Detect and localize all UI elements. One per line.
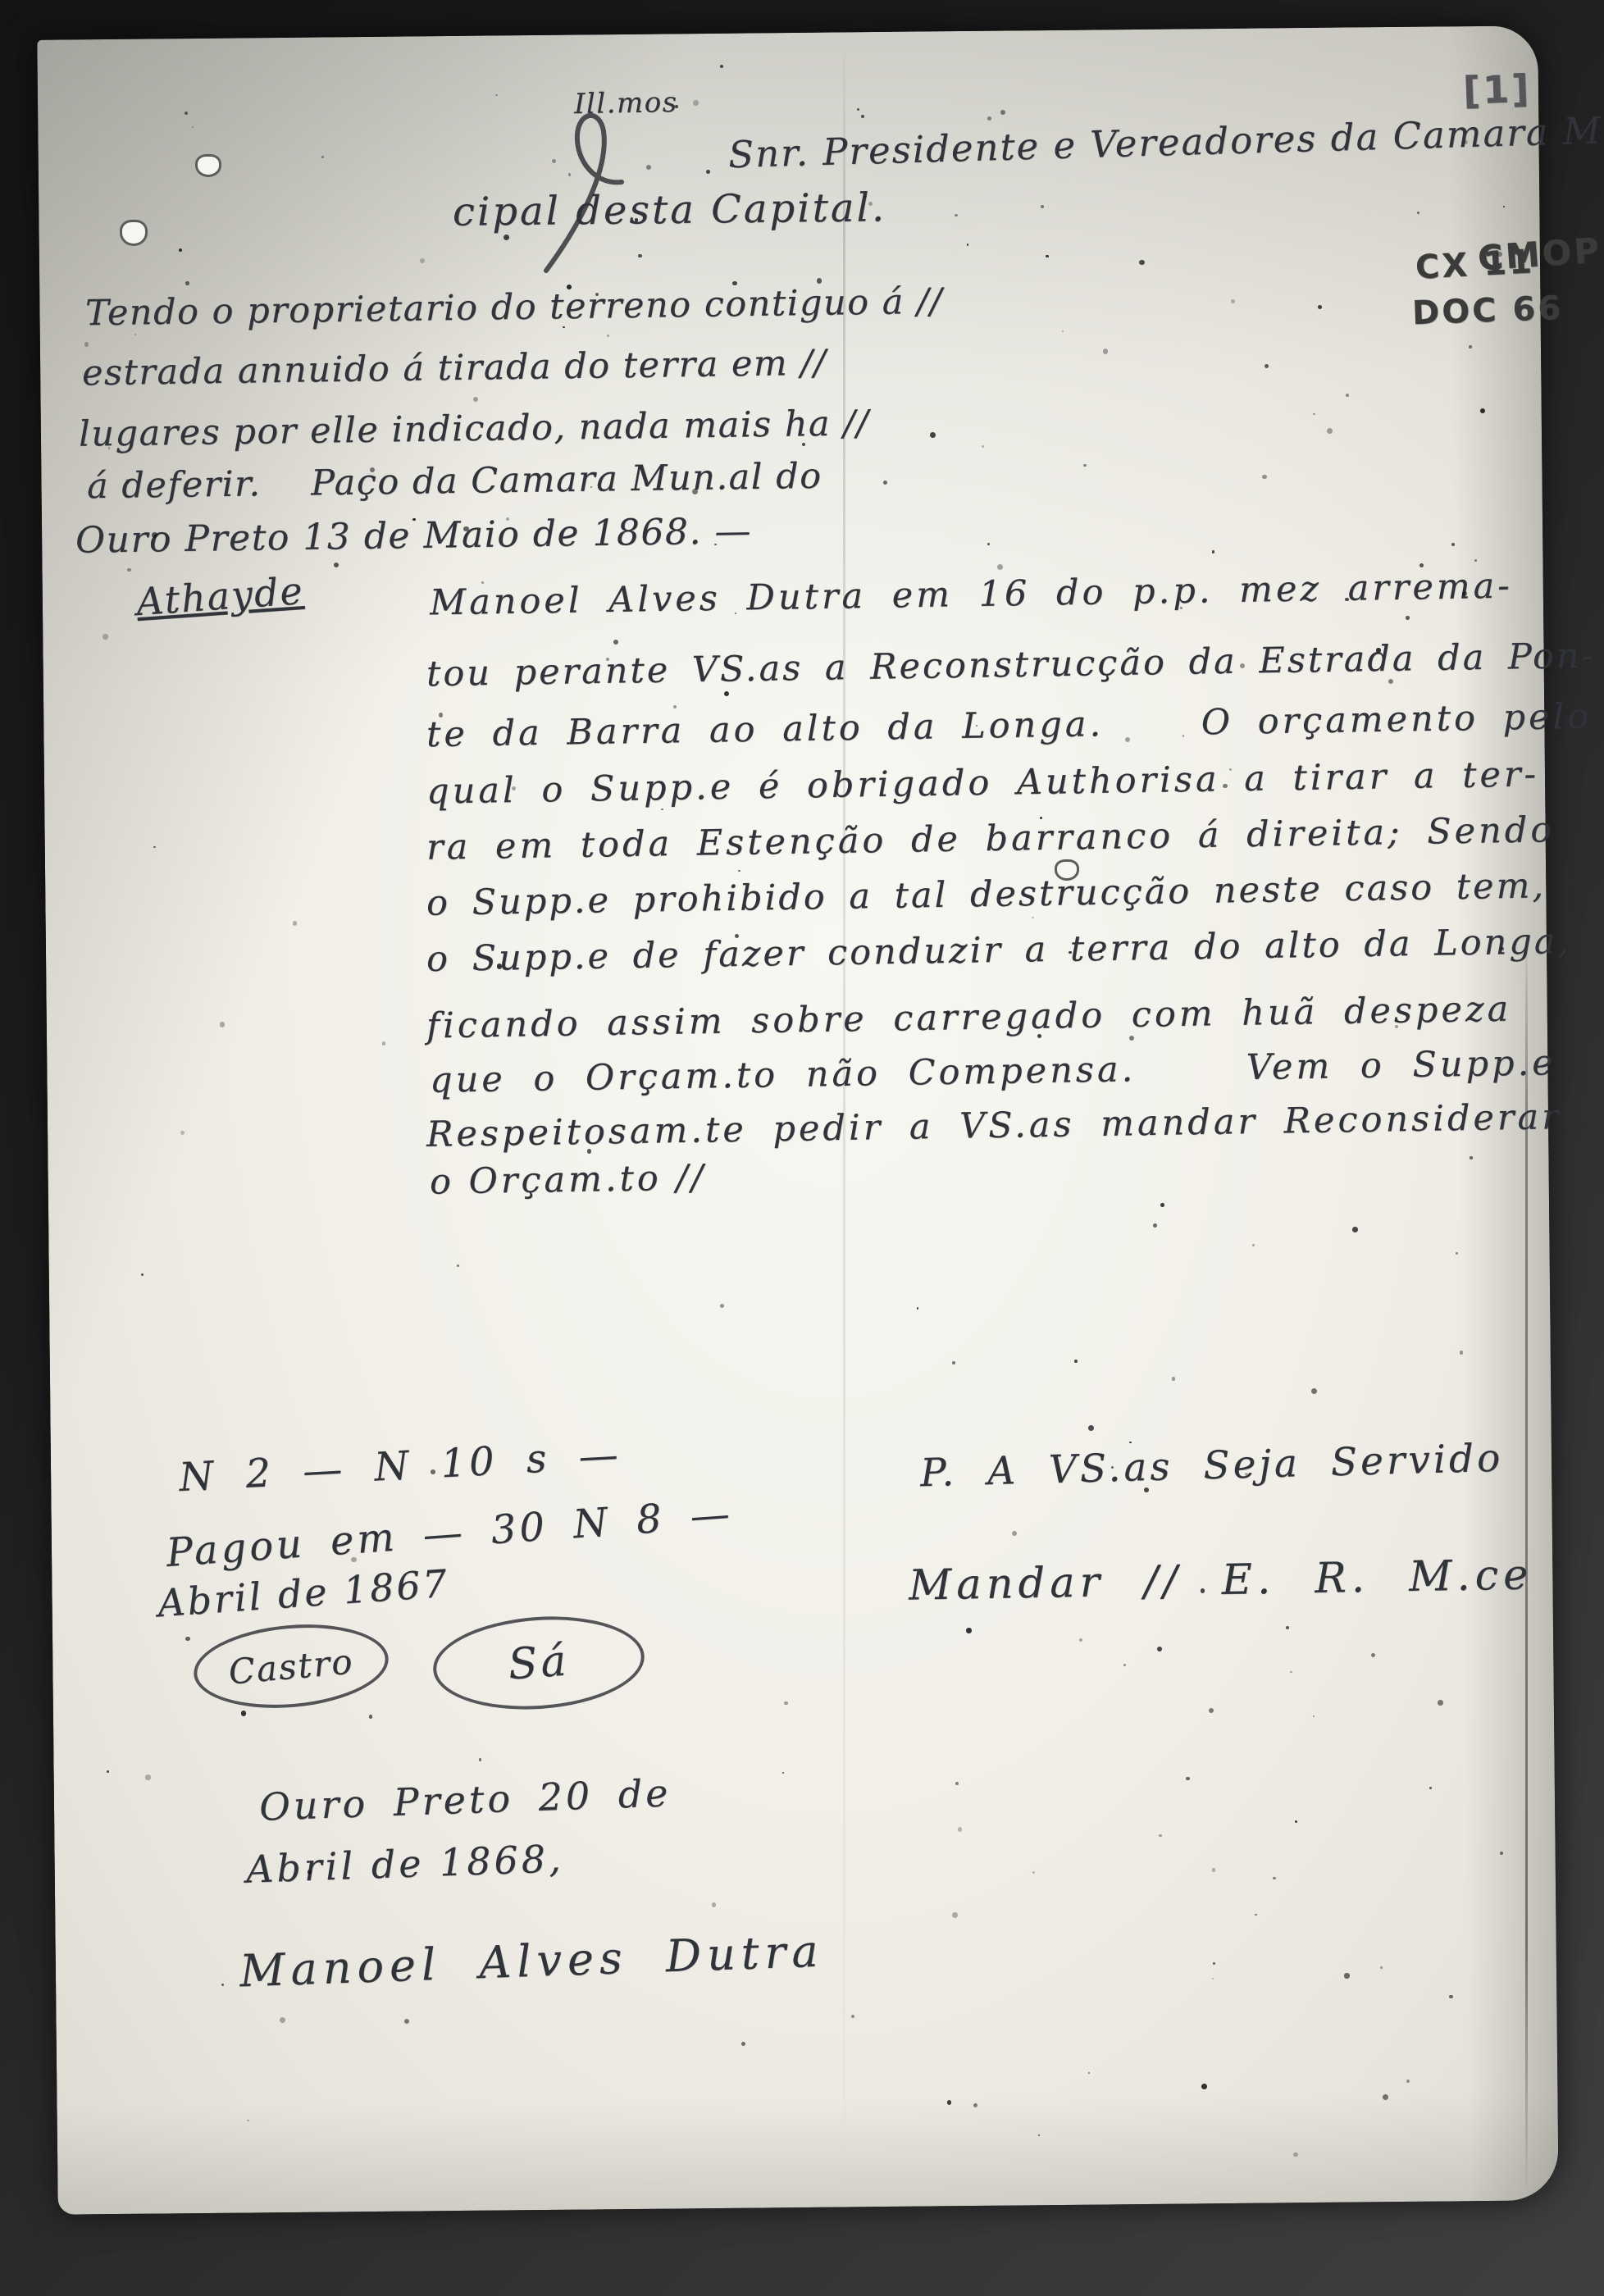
document-scan: [1] CMOP14 CX 11 DOC 66 Ill.mos Snr. Pre… xyxy=(0,0,1604,2296)
paper-scuff xyxy=(120,220,148,246)
ink-speckle xyxy=(1186,1777,1189,1780)
ink-speckle xyxy=(646,165,651,170)
ink-speckle xyxy=(1032,917,1033,918)
ink-speckle xyxy=(375,1533,377,1535)
ink-speckle xyxy=(1172,1377,1175,1380)
ink-speckle xyxy=(1012,1531,1017,1536)
ink-speckle xyxy=(1383,2094,1388,2100)
ink-speckle xyxy=(185,1637,189,1641)
ink-speckle xyxy=(1501,947,1504,950)
ink-speckle xyxy=(952,1912,957,1917)
ink-speckle xyxy=(1139,260,1145,266)
ink-speckle xyxy=(1160,1203,1164,1207)
ink-speckle xyxy=(817,278,822,283)
ink-speckle xyxy=(1345,598,1349,602)
ink-speckle xyxy=(720,65,723,68)
ink-speckle xyxy=(947,2100,952,2105)
ink-speckle xyxy=(1313,1715,1315,1717)
ink-speckle xyxy=(635,218,638,221)
ink-speckle xyxy=(1327,428,1333,434)
ink-speckle xyxy=(1480,408,1485,413)
ink-speckle xyxy=(1429,1787,1431,1788)
ink-speckle xyxy=(125,479,130,484)
ink-speckle xyxy=(185,112,188,115)
ink-speckle xyxy=(1311,1388,1317,1394)
ink-speckle xyxy=(179,248,182,252)
archival-page-number: [1] xyxy=(1462,66,1532,113)
ink-speckle xyxy=(638,254,641,257)
ink-speckle xyxy=(241,1711,247,1716)
ink-speckle xyxy=(692,489,698,494)
paper-scuff xyxy=(195,154,221,177)
ink-speckle xyxy=(308,1870,312,1874)
archival-box-number: CX 11 xyxy=(1415,243,1535,287)
ink-speckle xyxy=(1040,817,1042,819)
ink-speckle xyxy=(1212,550,1214,553)
ink-speckle xyxy=(966,1628,972,1633)
ink-speckle xyxy=(1497,252,1502,257)
ink-speckle xyxy=(431,1469,435,1474)
ink-speckle xyxy=(103,634,107,639)
ink-speckle xyxy=(84,342,89,346)
ink-speckle xyxy=(1231,299,1235,303)
ink-speckle xyxy=(1388,679,1393,684)
ink-speckle xyxy=(369,1715,372,1718)
ink-speckle xyxy=(321,156,324,158)
salutation-line2: cipal desta Capital. xyxy=(453,184,887,235)
paper-scuff xyxy=(1055,859,1079,881)
rubric-right-name: Sá xyxy=(507,1636,572,1689)
salutation-abbrev: Ill.mos xyxy=(574,86,678,121)
ink-speckle xyxy=(1376,648,1380,652)
ink-speckle xyxy=(495,94,497,96)
ink-speckle xyxy=(145,1774,150,1779)
ink-speckle xyxy=(1223,784,1228,789)
ink-speckle xyxy=(587,1149,592,1154)
ink-speckle xyxy=(1352,1227,1357,1232)
ink-speckle xyxy=(247,2120,249,2122)
ink-speckle xyxy=(1470,1156,1473,1159)
ink-speckle xyxy=(127,568,130,572)
ink-speckle xyxy=(506,517,509,521)
ink-speckle xyxy=(220,1022,226,1027)
ink-speckle xyxy=(1182,735,1184,736)
ink-speckle xyxy=(864,195,867,198)
ink-speckle xyxy=(967,244,968,245)
ink-speckle xyxy=(1201,2084,1207,2089)
ink-speckle xyxy=(1318,305,1322,309)
ink-speckle xyxy=(1469,345,1471,348)
ink-speckle xyxy=(512,786,516,790)
ink-speckle xyxy=(955,214,957,216)
ink-speckle xyxy=(552,159,556,163)
ink-speckle xyxy=(1419,563,1424,567)
ink-speckle xyxy=(479,1758,482,1761)
ink-speckle xyxy=(221,1984,224,1986)
ink-speckle xyxy=(1041,205,1044,208)
ink-speckle xyxy=(673,705,677,708)
ink-speckle xyxy=(1344,1973,1349,1978)
ink-speckle xyxy=(185,281,189,285)
ink-speckle xyxy=(567,285,572,289)
ink-speckle xyxy=(293,921,297,925)
ink-speckle xyxy=(784,1701,787,1705)
ink-speckle xyxy=(720,1304,724,1308)
ink-speckle xyxy=(1380,1966,1383,1969)
ink-speckle xyxy=(497,963,503,969)
ink-speckle xyxy=(1371,1653,1375,1657)
archival-doc-number: DOC 66 xyxy=(1411,289,1564,332)
ink-speckle xyxy=(735,613,736,614)
ink-speckle xyxy=(706,170,710,174)
ink-speckle xyxy=(141,1273,144,1276)
ink-speckle xyxy=(714,544,717,546)
ink-speckle xyxy=(1212,1978,1214,1979)
ink-speckle xyxy=(693,100,699,106)
ink-speckle xyxy=(1088,1425,1094,1431)
ink-speckle xyxy=(1038,2134,1040,2136)
ink-speckle xyxy=(1346,394,1349,397)
ink-speckle xyxy=(1245,1473,1248,1476)
ink-speckle xyxy=(1201,1588,1205,1592)
ink-speckle xyxy=(1460,1351,1463,1354)
ink-speckle xyxy=(108,447,110,449)
ink-speckle xyxy=(851,2015,854,2018)
ink-speckle xyxy=(946,1010,950,1015)
ink-speckle xyxy=(481,581,484,584)
ink-speckle xyxy=(1100,950,1102,952)
ink-speckle xyxy=(370,467,375,472)
ink-speckle xyxy=(1209,1708,1214,1713)
ink-speckle xyxy=(1290,1671,1292,1673)
ink-speckle xyxy=(782,1772,784,1774)
ink-speckle xyxy=(997,564,1003,570)
ink-speckle xyxy=(930,432,936,438)
ink-speckle xyxy=(613,640,618,645)
ink-speckle xyxy=(382,1041,385,1045)
ink-speckle xyxy=(1451,543,1455,546)
ink-speckle xyxy=(107,1770,109,1773)
ink-speckle xyxy=(661,809,663,810)
ink-speckle xyxy=(702,372,705,376)
ink-speckle xyxy=(463,526,469,532)
rubric-left-name: Castro xyxy=(227,1641,356,1692)
ink-speckle xyxy=(917,1307,918,1309)
ink-speckle xyxy=(1406,616,1410,620)
ink-speckle xyxy=(955,1782,959,1785)
petition-line: o Orçam.to // xyxy=(430,1157,707,1202)
ink-speckle xyxy=(1438,1700,1442,1705)
ink-speckle xyxy=(563,326,564,328)
ink-speckle xyxy=(276,309,280,313)
